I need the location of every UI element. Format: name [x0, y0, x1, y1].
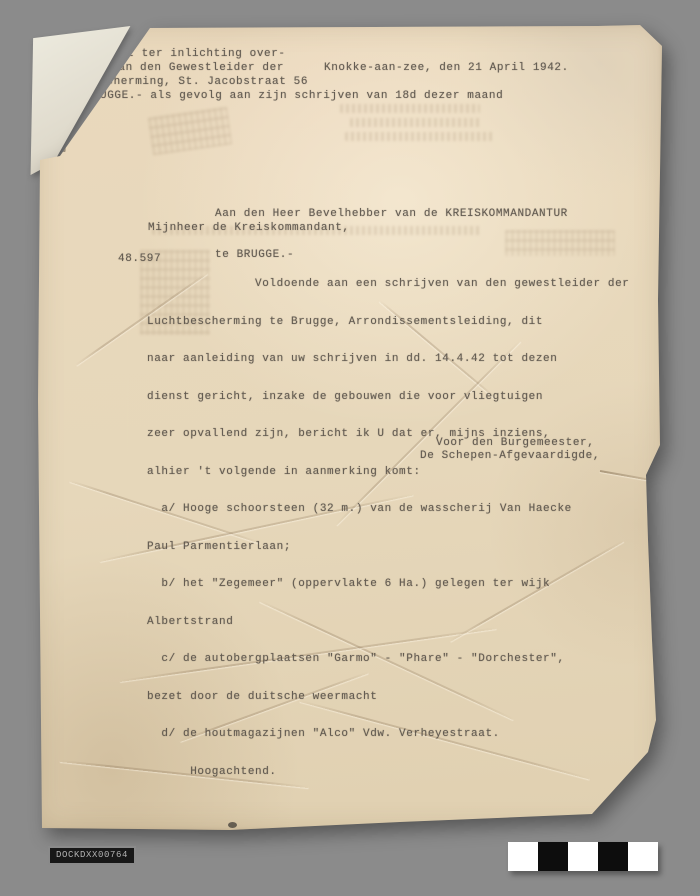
catalog-label: DOCKDXX00764: [48, 846, 136, 865]
ghost-bleedthrough: [345, 132, 495, 141]
closing-line: Voor den Burgemeester,: [436, 437, 594, 450]
dateline: Knokke-aan-zee, den 21 April 1942.: [324, 62, 569, 75]
salutation: Mijnheer de Kreiskommandant,: [148, 222, 350, 235]
body-line: bezet door de duitsche weermacht: [147, 691, 629, 704]
body-line: naar aanleiding van uw schrijven in dd. …: [147, 353, 629, 366]
scale-square: [628, 842, 658, 871]
body-line: c/ de autobergplaatsen "Garmo" - "Phare"…: [147, 653, 629, 666]
scale-square: [568, 842, 598, 871]
annotation-line: maakt aan den Gewestleider der: [68, 62, 284, 75]
scale-square: [598, 842, 628, 871]
document-paper: schrift ter inlichting over- maakt aan d…: [36, 24, 662, 830]
document-paper-wrap: schrift ter inlichting over- maakt aan d…: [36, 24, 662, 830]
recipient-line: Aan den Heer Bevelhebber van de KREISKOM…: [215, 208, 568, 222]
body-line: Albertstrand: [147, 616, 629, 629]
body-line: Luchtbescherming te Brugge, Arrondisseme…: [147, 316, 629, 329]
body-line: d/ de houtmagazijnen "Alco" Vdw. Verheye…: [147, 728, 629, 741]
ghost-bleedthrough: [340, 104, 480, 113]
closing-line: De Schepen-Afgevaardigde,: [420, 450, 600, 463]
letter-body: Voldoende aan een schrijven van den gewe…: [147, 253, 629, 803]
annotation-line: uchtbescherming, St. Jacobstraat 56: [56, 76, 308, 89]
body-line: b/ het "Zegemeer" (oppervlakte 6 Ha.) ge…: [147, 578, 629, 591]
ghost-bleedthrough: [350, 118, 480, 127]
photo-scale-bar: [508, 842, 658, 871]
body-line: Hoogachtend.: [147, 766, 629, 779]
scale-square: [538, 842, 568, 871]
body-line: dienst gericht, inzake de gebouwen die v…: [147, 391, 629, 404]
annotation-line: te BRUGGE.- als gevolg aan zijn schrijve…: [64, 90, 503, 103]
annotation-line: schrift ter inlichting over-: [84, 48, 286, 61]
scale-square: [508, 842, 538, 871]
body-line: alhier 't volgende in aanmerking komt:: [147, 466, 629, 479]
body-line: Voldoende aan een schrijven van den gewe…: [147, 278, 629, 291]
body-line: Paul Parmentierlaan;: [147, 541, 629, 554]
photo-backdrop: schrift ter inlichting over- maakt aan d…: [0, 0, 700, 896]
body-line: a/ Hooge schoorsteen (32 m.) van de wass…: [147, 503, 629, 516]
ink-speck: [228, 822, 237, 828]
